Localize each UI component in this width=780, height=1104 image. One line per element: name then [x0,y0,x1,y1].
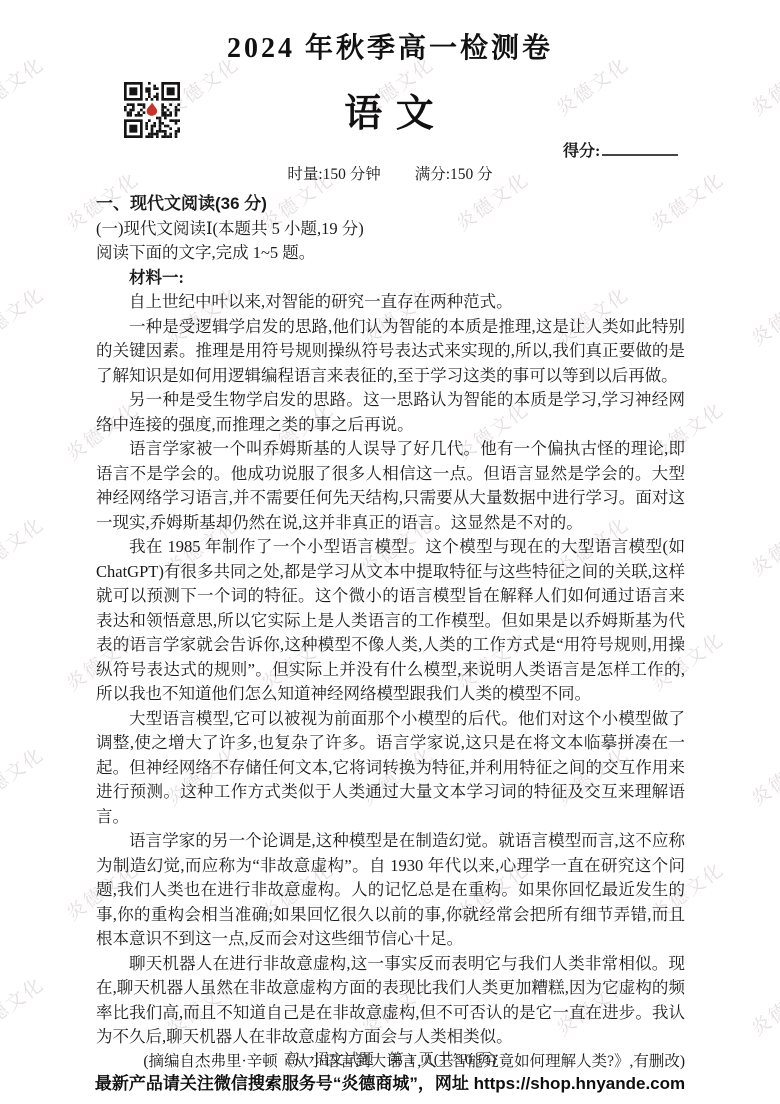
material-paragraph: 语言学家的另一个论调是,这种模型是在制造幻觉。就语言模型而言,这不应称为制造幻觉… [96,829,685,952]
section-heading: 一、现代文阅读(36 分) [96,192,685,217]
material-paragraph: 语言学家被一个叫乔姆斯基的人误导了好几代。他有一个偏执古怪的理论,即语言不是学会… [96,437,685,535]
exam-meta-row: 时量:150 分钟 满分:150 分 [0,162,780,184]
material-paragraph: 我在 1985 年制作了一个小型语言模型。这个模型与现在的大型语言模型(如Cha… [96,535,685,707]
material-paragraph: 聊天机器人在进行非故意虚构,这一事实反而表明它与我们人类非常相似。现在,聊天机器… [96,952,685,1050]
full-score-label: 满分:150 分 [415,166,493,183]
watermark-text: 炎德文化 [0,740,49,811]
material-paragraph: 自上世纪中叶以来,对智能的研究一直存在两种范式。 [96,290,685,315]
exam-title: 2024 年秋季高一检测卷 [0,26,780,66]
reading-instruction: 阅读下面的文字,完成 1~5 题。 [96,241,685,266]
watermark-text: 炎德文化 [0,510,49,581]
watermark-text: 炎德文化 [745,740,780,811]
watermark-text: 炎德文化 [745,970,780,1041]
subject-title: 语 文 [0,82,780,137]
watermark-text: 炎德文化 [745,510,780,581]
exam-paper-page: 炎德文化炎德文化炎德文化炎德文化炎德文化炎德文化炎德文化炎德文化炎德文化炎德文化… [0,0,780,1104]
watermark-text: 炎德文化 [0,970,49,1041]
promo-line: 最新产品请关注微信搜索服务号“炎德商城”，网址 https://shop.hny… [0,1069,780,1094]
material-paragraph: 另一种是受生物学启发的思路。这一思路认为智能的本质是学习,学习神经网络中连接的强… [96,388,685,437]
time-limit-label: 时量:150 分钟 [287,166,380,183]
page-footer: 高一语文试题 第 1 页(共 10 页) [0,1048,780,1069]
score-row: 得分: [563,138,678,161]
watermark-text: 炎德文化 [0,280,49,351]
part-heading: (一)现代文阅读Ⅰ(本题共 5 小题,19 分) [96,217,685,242]
material-label: 材料一: [96,266,685,291]
watermark-text: 炎德文化 [745,280,780,351]
material-paragraph: 大型语言模型,它可以被视为前面那个小模型的后代。他们对这个小模型做了调整,使之增… [96,707,685,830]
score-label: 得分: [563,143,600,160]
reading-section: 一、现代文阅读(36 分) (一)现代文阅读Ⅰ(本题共 5 小题,19 分) 阅… [96,192,685,1074]
score-blank-line [602,139,678,156]
material-paragraph: 一种是受逻辑学启发的思路,他们认为智能的本质是推理,这是让人类如此特别的关键因素… [96,315,685,389]
